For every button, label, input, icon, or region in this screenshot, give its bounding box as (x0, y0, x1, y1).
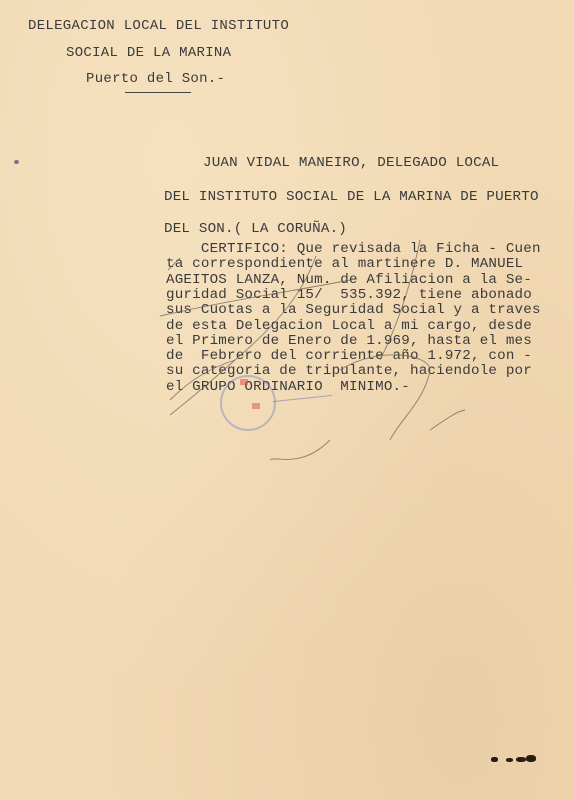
body-line: AGEITOS LANZA, Num. de Afiliacion a la S… (166, 273, 532, 288)
body-line: sus Cuotas a la Seguridad Social y a tra… (166, 303, 541, 318)
body-line: ta correspondiente al martinere D. MANUE… (166, 257, 523, 272)
body-line: el Primero de Enero de 1.969, hasta el m… (166, 334, 532, 349)
body-line: de Febrero del corriente año 1.972, con … (166, 349, 532, 364)
body-line: CERTIFICO: Que revisada la Ficha - Cuen (166, 242, 541, 257)
intro-line-3: DEL SON.( LA CORUÑA.) (164, 222, 347, 237)
header-line-3: Puerto del Son.- (86, 72, 225, 87)
header-line-1: DELEGACION LOCAL DEL INSTITUTO (28, 19, 289, 34)
header-underline (125, 92, 191, 93)
intro-line-1: JUAN VIDAL MANEIRO, DELEGADO LOCAL (203, 156, 499, 171)
intro-line-2: DEL INSTITUTO SOCIAL DE LA MARINA DE PUE… (164, 190, 539, 205)
body-line: guridad Social 15/ 535.392, tiene abonad… (166, 288, 532, 303)
ink-blot (516, 757, 526, 762)
header-line-2: SOCIAL DE LA MARINA (66, 46, 231, 61)
official-stamp (220, 375, 276, 431)
ink-blot (506, 758, 513, 762)
body-line: su categoria de tripulante, haciendole p… (166, 364, 532, 379)
ink-blot (526, 755, 536, 762)
ink-blot (491, 757, 498, 762)
body-line: de esta Delegacion Local a mi cargo, des… (166, 319, 532, 334)
document-page: DELEGACION LOCAL DEL INSTITUTO SOCIAL DE… (0, 0, 574, 800)
ink-mark (14, 160, 19, 164)
